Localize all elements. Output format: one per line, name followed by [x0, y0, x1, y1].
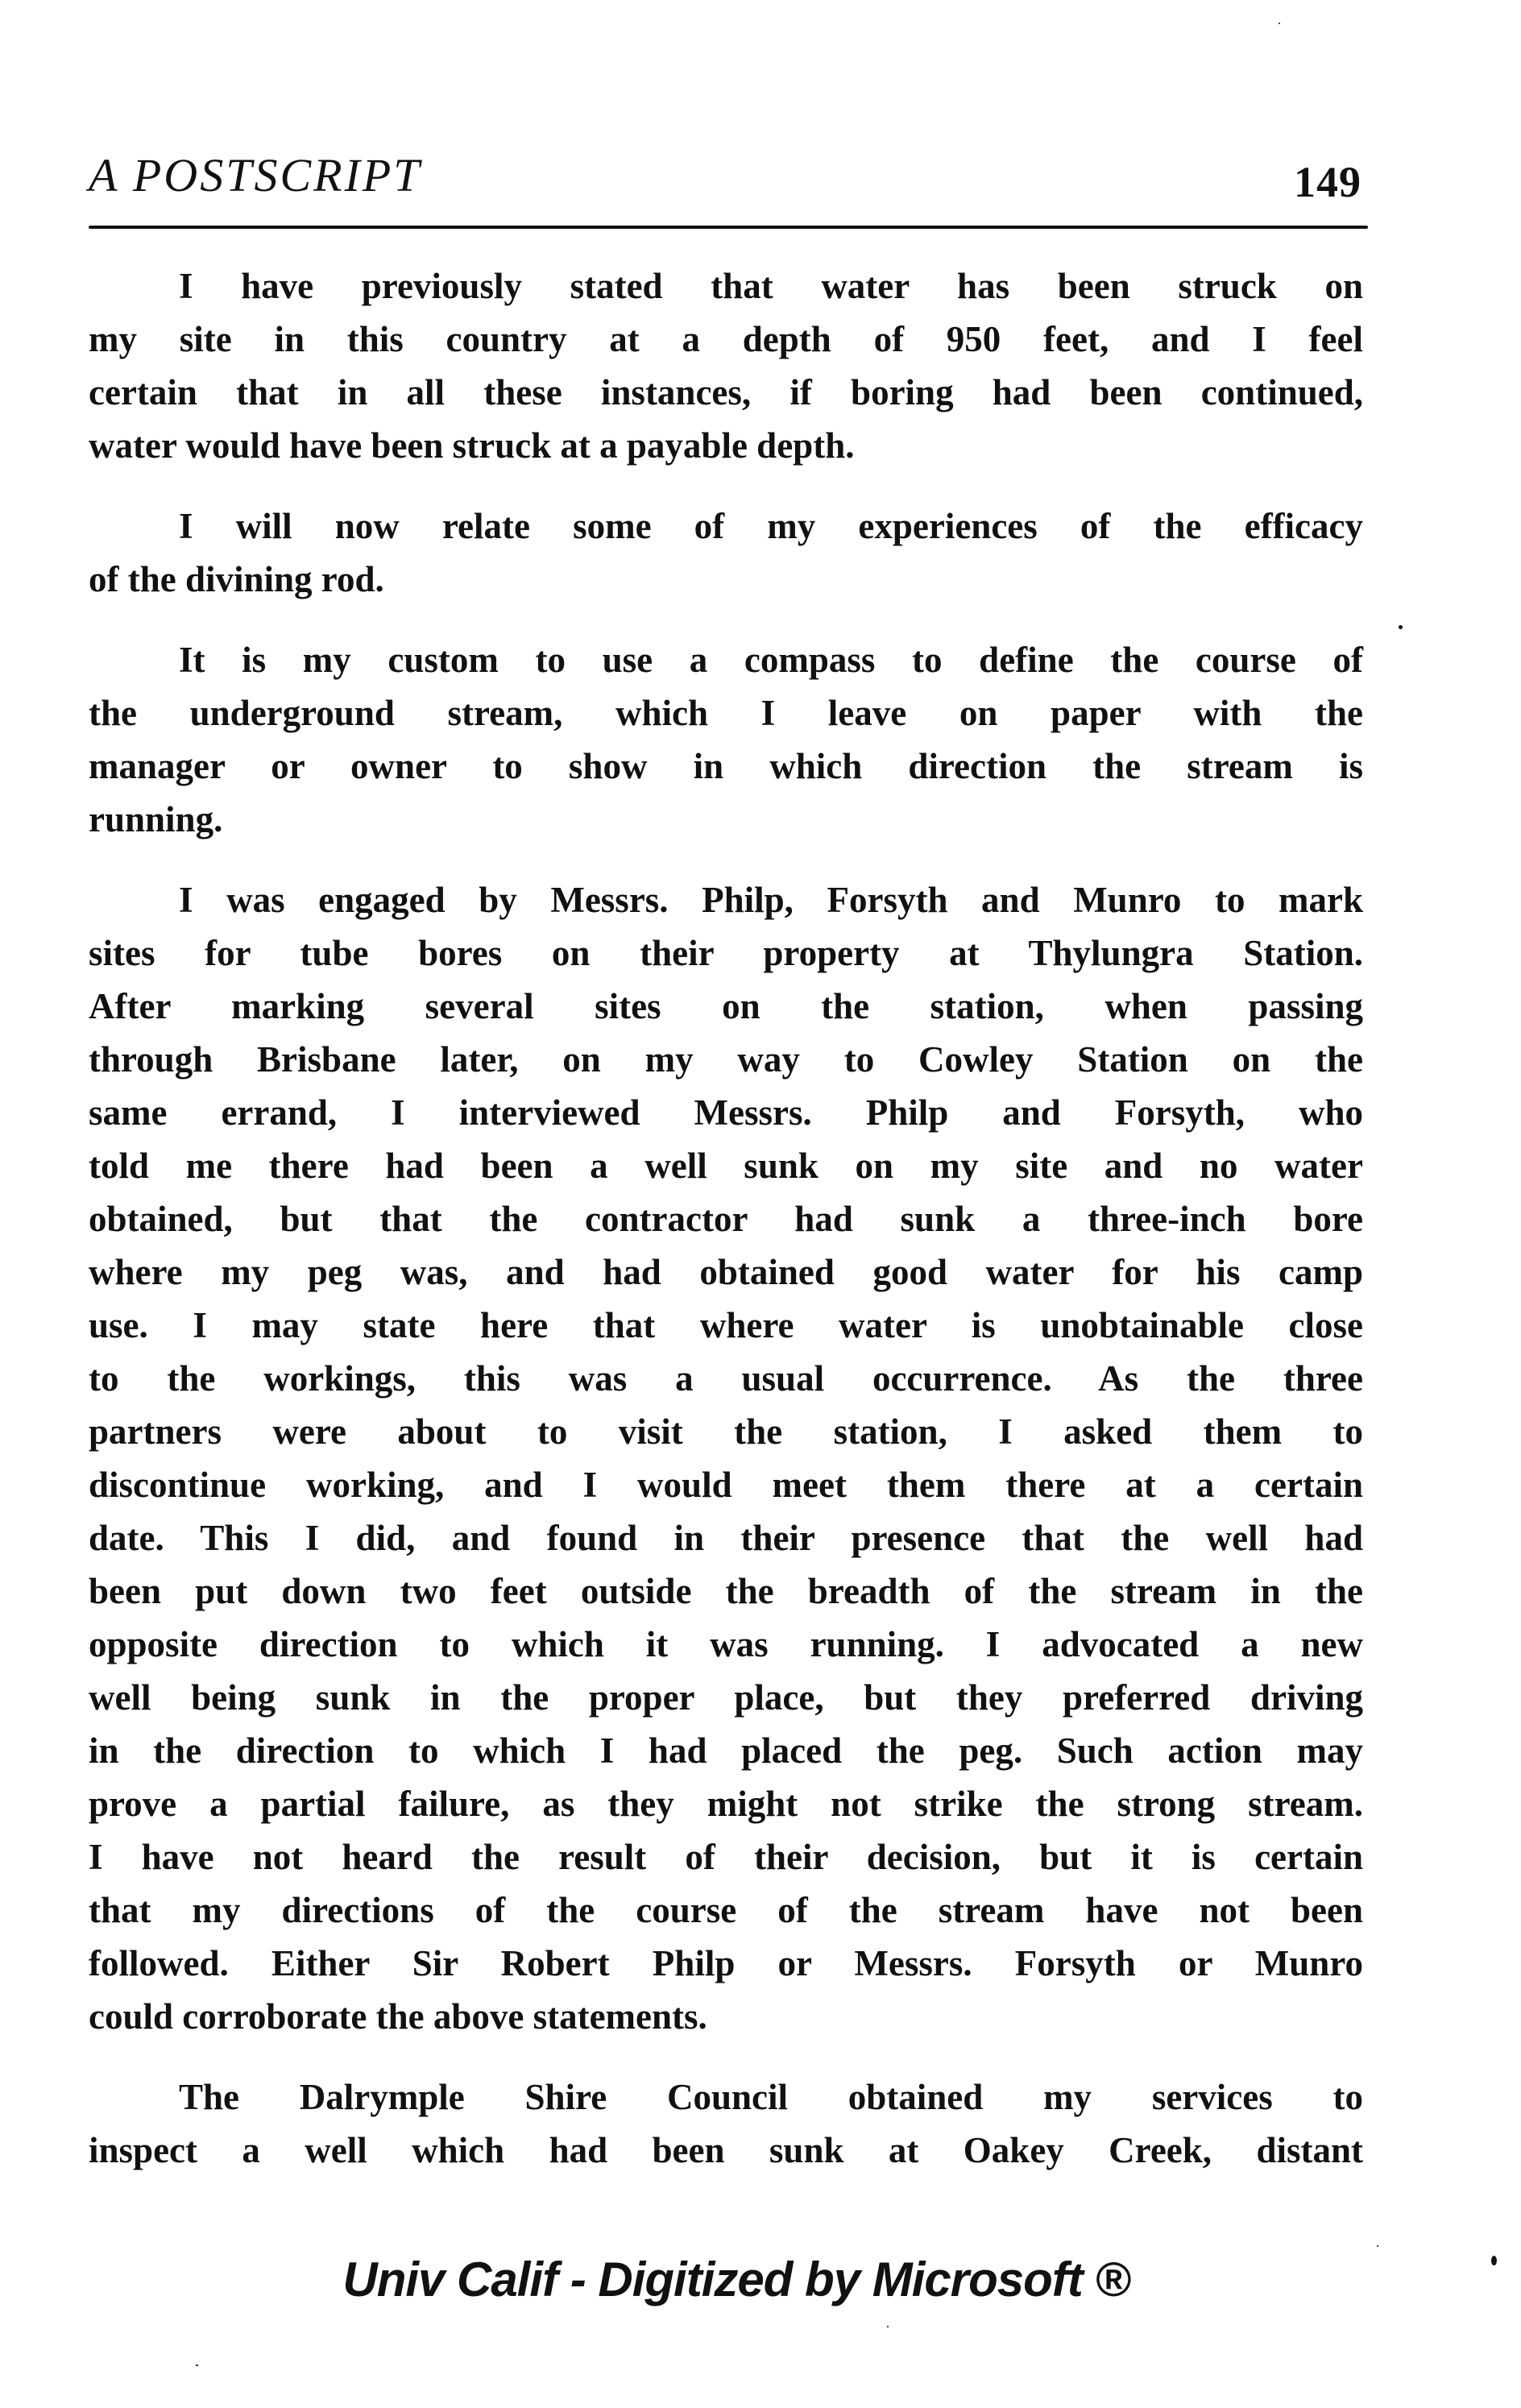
- paragraph-5: The Dalrymple Shire Council obtained my …: [89, 2070, 1363, 2177]
- header-rule: [89, 226, 1368, 229]
- page-number: 149: [1294, 150, 1361, 214]
- digitization-watermark: Univ Calif - Digitized by Microsoft ®: [0, 2252, 1521, 2308]
- text-line: discontinue working, and I would meet th…: [89, 1458, 1363, 1511]
- text-line: It is my custom to use a compass to defi…: [89, 633, 1363, 686]
- text-line: date. This I did, and found in their pre…: [89, 1511, 1363, 1565]
- text-line: certain that in all these instances, if …: [89, 366, 1363, 419]
- text-line: I was engaged by Messrs. Philp, Forsyth …: [89, 873, 1363, 926]
- text-line: I have not heard the result of their dec…: [89, 1830, 1363, 1884]
- text-line: inspect a well which had been sunk at Oa…: [89, 2124, 1363, 2177]
- text-line: manager or owner to show in which direct…: [89, 740, 1363, 793]
- text-line: obtained, but that the contractor had su…: [89, 1192, 1363, 1245]
- scan-speck: [1279, 23, 1280, 24]
- running-header: A POSTSCRIPT 149: [89, 143, 1368, 208]
- scan-speck: [1377, 2245, 1378, 2247]
- text-line: the underground stream, which I leave on…: [89, 686, 1363, 740]
- body-text: I have previously stated that water has …: [89, 259, 1363, 2204]
- text-line: use. I may state here that where water i…: [89, 1299, 1363, 1352]
- text-line: to the workings, this was a usual occurr…: [89, 1352, 1363, 1405]
- text-line: same errand, I interviewed Messrs. Philp…: [89, 1086, 1363, 1139]
- text-line: where my peg was, and had obtained good …: [89, 1245, 1363, 1299]
- text-line: through Brisbane later, on my way to Cow…: [89, 1033, 1363, 1086]
- text-line: well being sunk in the proper place, but…: [89, 1671, 1363, 1724]
- text-line: I will now relate some of my experiences…: [89, 499, 1363, 553]
- text-line: my site in this country at a depth of 95…: [89, 313, 1363, 366]
- text-line: sites for tube bores on their property a…: [89, 926, 1363, 980]
- book-page: A POSTSCRIPT 149 I have previously state…: [0, 0, 1521, 2408]
- text-line: water would have been struck at a payabl…: [89, 419, 1363, 472]
- text-line: could corroborate the above statements.: [89, 1990, 1363, 2043]
- text-line: told me there had been a well sunk on my…: [89, 1139, 1363, 1192]
- text-line: The Dalrymple Shire Council obtained my …: [89, 2070, 1363, 2124]
- text-line: of the divining rod.: [89, 553, 1363, 606]
- text-line: partners were about to visit the station…: [89, 1405, 1363, 1458]
- paragraph-2: I will now relate some of my experiences…: [89, 499, 1363, 606]
- text-line: I have previously stated that water has …: [89, 259, 1363, 313]
- paragraph-1: I have previously stated that water has …: [89, 259, 1363, 472]
- scan-speck: [196, 2364, 198, 2366]
- scan-speck: [1399, 625, 1403, 629]
- running-title: A POSTSCRIPT: [89, 143, 422, 208]
- text-line: running.: [89, 793, 1363, 846]
- paragraph-4: I was engaged by Messrs. Philp, Forsyth …: [89, 873, 1363, 2043]
- text-line: prove a partial failure, as they might n…: [89, 1777, 1363, 1830]
- text-line: been put down two feet outside the bread…: [89, 1565, 1363, 1618]
- text-line: that my directions of the course of the …: [89, 1884, 1363, 1937]
- text-line: in the direction to which I had placed t…: [89, 1724, 1363, 1777]
- scan-speck: [1491, 2256, 1497, 2265]
- text-line: followed. Either Sir Robert Philp or Mes…: [89, 1937, 1363, 1990]
- scan-speck: [887, 2326, 889, 2327]
- text-line: opposite direction to which it was runni…: [89, 1618, 1363, 1671]
- text-line: After marking several sites on the stati…: [89, 980, 1363, 1033]
- paragraph-3: It is my custom to use a compass to defi…: [89, 633, 1363, 846]
